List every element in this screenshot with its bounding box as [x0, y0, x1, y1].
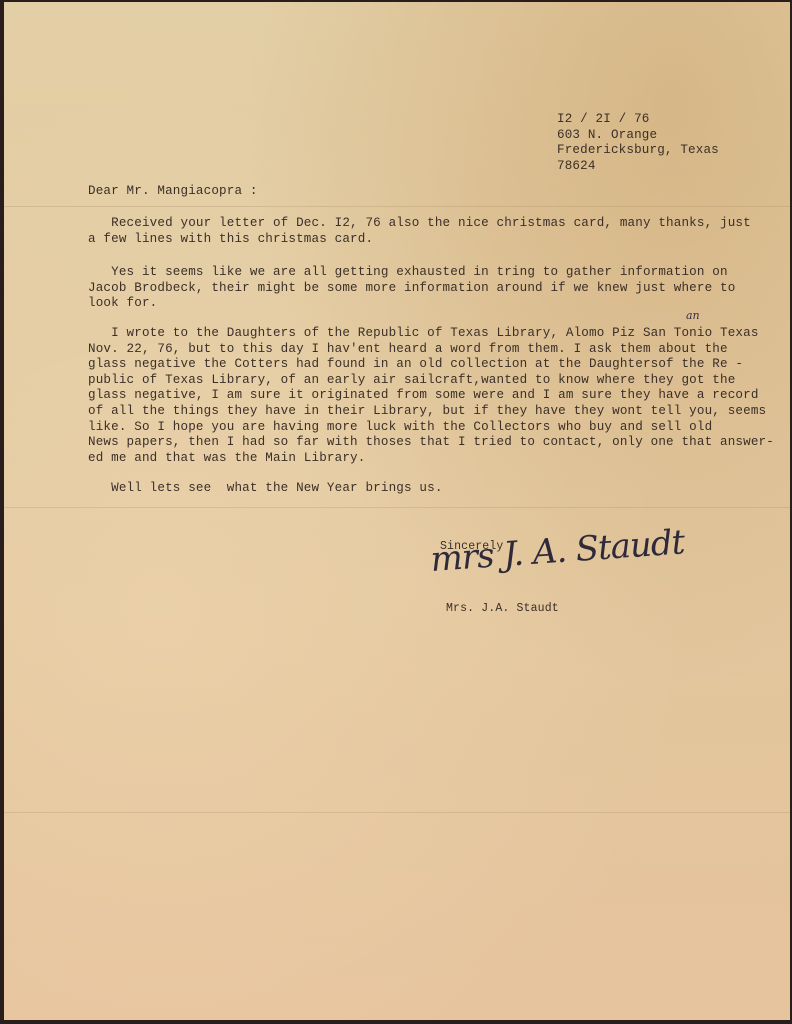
- text-line: Well lets see what the New Year brings u…: [88, 481, 443, 497]
- paragraph-3: I wrote to the Daughters of the Republic…: [88, 326, 774, 466]
- fold-line: [4, 206, 790, 207]
- typed-name: Mrs. J.A. Staudt: [446, 601, 559, 617]
- text-line: Jacob Brodbeck, their might be some more…: [88, 281, 735, 297]
- fold-line: [4, 507, 790, 508]
- text-line: of all the things they have in their Lib…: [88, 404, 774, 420]
- text-line: ed me and that was the Main Library.: [88, 451, 774, 467]
- text-line: glass negative the Cotters had found in …: [88, 357, 774, 373]
- paragraph-4: Well lets see what the New Year brings u…: [88, 481, 443, 497]
- salutation: Dear Mr. Mangiacopra :: [88, 184, 258, 200]
- text-line: Yes it seems like we are all getting exh…: [88, 265, 735, 281]
- text-line: I wrote to the Daughters of the Republic…: [88, 326, 774, 342]
- text-line: a few lines with this christmas card.: [88, 232, 751, 248]
- address-street: 603 N. Orange: [557, 128, 719, 144]
- text-line: public of Texas Library, of an early air…: [88, 373, 774, 389]
- address-city-state: Fredericksburg, Texas: [557, 143, 719, 159]
- paragraph-1: Received your letter of Dec. I2, 76 also…: [88, 216, 751, 247]
- sender-address-block: I2 / 2I / 76603 N. OrangeFredericksburg,…: [557, 112, 719, 174]
- text-line: News papers, then I had so far with thos…: [88, 435, 774, 451]
- fold-line: [4, 812, 790, 813]
- text-line: look for.: [88, 296, 735, 312]
- handwritten-insertion: an: [686, 309, 700, 322]
- address-zip: 78624: [557, 159, 719, 175]
- letter-date: I2 / 2I / 76: [557, 112, 719, 128]
- text-line: Nov. 22, 76, but to this day I hav'ent h…: [88, 342, 774, 358]
- text-line: Received your letter of Dec. I2, 76 also…: [88, 216, 751, 232]
- text-line: glass negative, I am sure it originated …: [88, 388, 774, 404]
- paragraph-2: Yes it seems like we are all getting exh…: [88, 265, 735, 312]
- text-line: like. So I hope you are having more luck…: [88, 420, 774, 436]
